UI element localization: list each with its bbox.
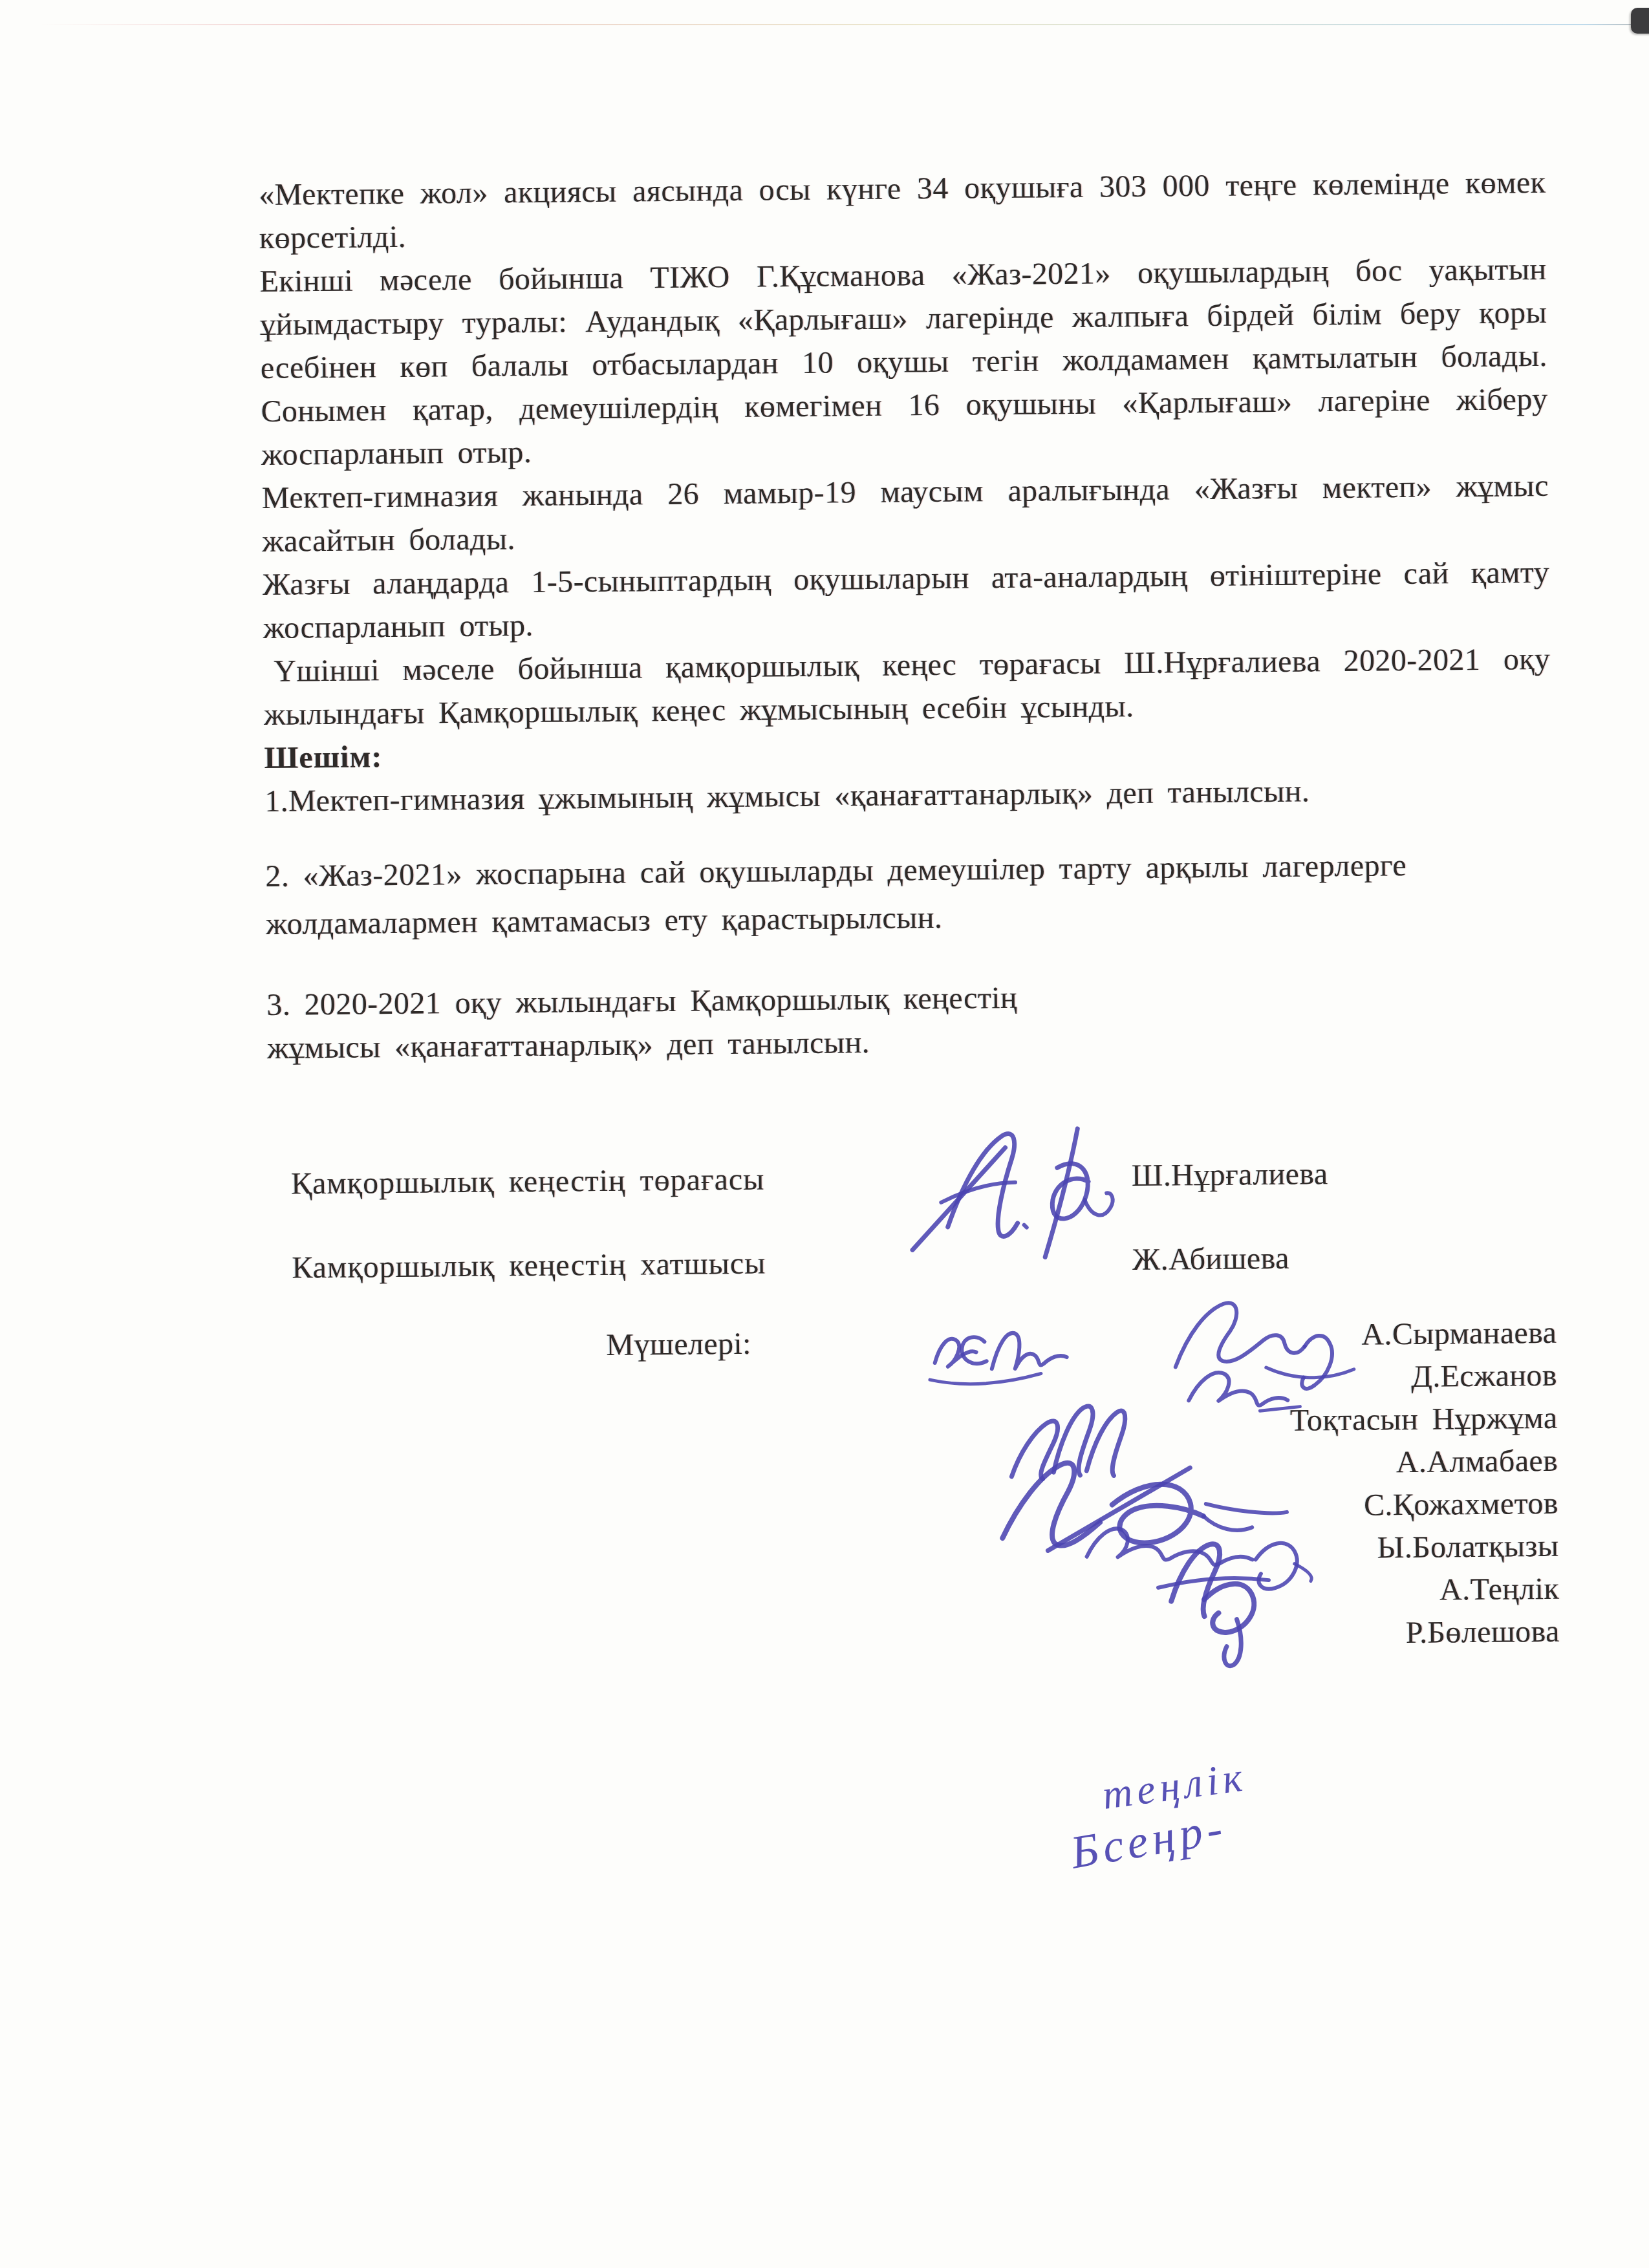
document-page: «Мектепке жол» акциясы аясында осы күнге… xyxy=(0,0,1649,2268)
signature-ink-member-4 xyxy=(1002,1461,1287,1551)
scan-artifact-corner xyxy=(1631,8,1649,34)
signature-ink-member-1 xyxy=(1175,1301,1354,1389)
body-paragraph: Үшінші мәселе бойынша қамқоршылық кеңес … xyxy=(263,637,1551,736)
signature-ink-secretary xyxy=(929,1332,1067,1384)
members-label: Мүшелері: xyxy=(606,1322,751,1367)
body-paragraph: «Мектепке жол» акциясы аясында осы күнге… xyxy=(259,161,1546,260)
signature-ink-member-2 xyxy=(1189,1372,1300,1411)
body-paragraph: Екінші мәселе бойынша ТІЖО Г.Құсманова «… xyxy=(259,248,1548,476)
signature-section: Қамқоршылық кеңестің төрағасы Ш.Нұрғалие… xyxy=(268,1150,1562,1925)
scan-artifact-line xyxy=(39,24,1649,25)
body-paragraph: Жазғы алаңдарда 1-5-сыныптардың оқушылар… xyxy=(263,551,1550,650)
decision-item: 3. 2020-2021 оқу жылындағы Қамқоршылық к… xyxy=(266,975,1127,1070)
signatures-ink-overlay xyxy=(850,1087,1439,1868)
document-content: «Мектепке жол» акциясы аясында осы күнге… xyxy=(259,161,1564,2048)
signature-ink-member-3 xyxy=(1011,1406,1125,1479)
body-paragraph: Мектеп-гимназия жанында 26 мамыр-19 маус… xyxy=(262,464,1549,563)
signatory-role: Қамқоршылық кеңестің төрағасы xyxy=(291,1158,765,1206)
signature-ink-chairman xyxy=(911,1128,1113,1258)
decision-item: 2. «Жаз-2021» жоспарына сай оқушыларды д… xyxy=(265,841,1443,948)
signatory-role: Камқоршылық кеңестің хатшысы xyxy=(292,1242,766,1290)
